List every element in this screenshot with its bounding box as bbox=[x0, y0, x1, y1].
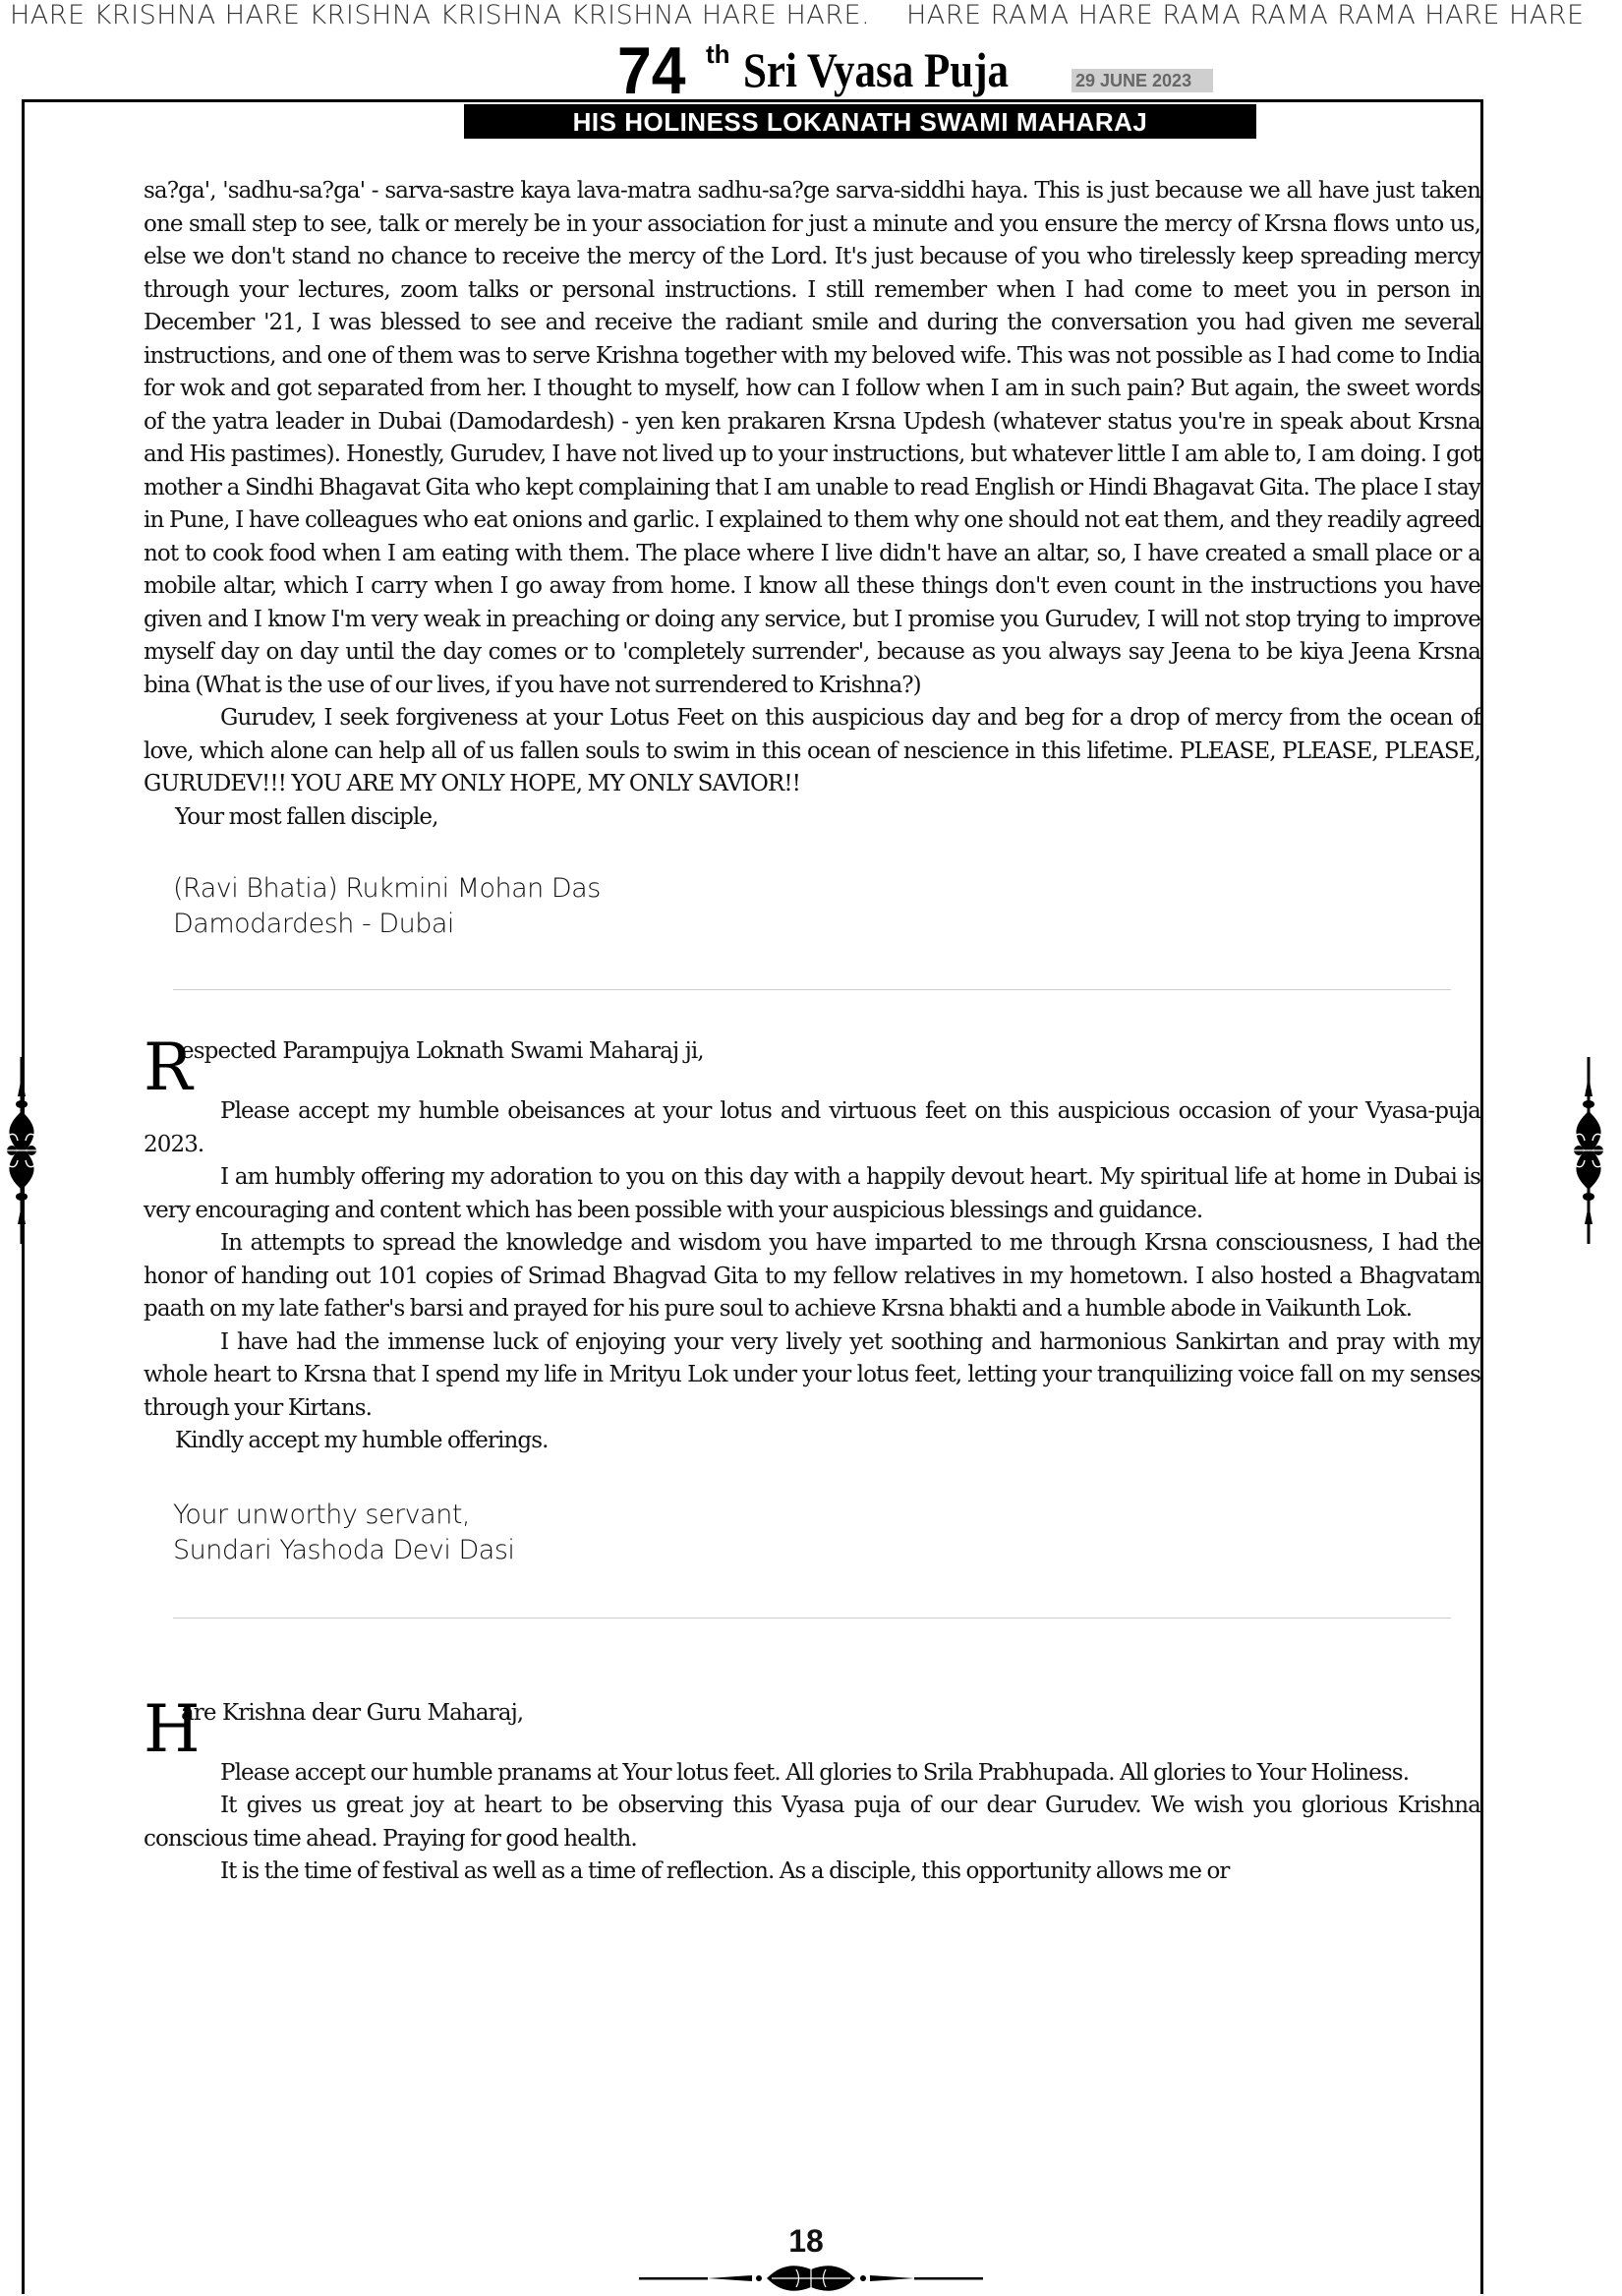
right-ornament-icon bbox=[1571, 1057, 1606, 1244]
letter3-greeting: H are Krishna dear Guru Maharaj, bbox=[144, 1697, 1480, 1730]
letter3-paragraph: It is the time of festival as well as a … bbox=[144, 1855, 1480, 1889]
mantra-right: HARE RAMA HARE RAMA RAMA RAMA HARE HARE bbox=[906, 0, 1585, 30]
letter-ravi-bhatia: sa?ga', 'sadhu-sa?ga' - sarva-sastre kay… bbox=[144, 175, 1480, 990]
left-ornament-icon bbox=[4, 1057, 39, 1244]
bottom-ornament-icon bbox=[639, 2262, 983, 2296]
letter2-greeting-text: espected Parampujya Loknath Swami Mahara… bbox=[181, 1038, 704, 1064]
letter3-paragraph: It gives us great joy at heart to be obs… bbox=[144, 1790, 1480, 1855]
letter2-signature-line1: Your unworthy servant, bbox=[173, 1498, 1480, 1533]
letter2-paragraph: Please accept my humble obeisances at yo… bbox=[144, 1095, 1480, 1161]
section-divider bbox=[173, 989, 1451, 990]
date-badge: 29 JUNE 2023 bbox=[1072, 69, 1213, 92]
letter2-closing: Kindly accept my humble offerings. bbox=[144, 1425, 1480, 1458]
letter3-dropcap: H bbox=[144, 1697, 200, 1762]
letter1-paragraph: sa?ga', 'sadhu-sa?ga' - sarva-sastre kay… bbox=[144, 175, 1480, 702]
letter2-dropcap: R bbox=[144, 1035, 192, 1100]
section-divider bbox=[173, 1618, 1451, 1619]
title-text: Sri Vyasa Puja bbox=[743, 41, 1009, 98]
page-content: sa?ga', 'sadhu-sa?ga' - sarva-sastre kay… bbox=[144, 175, 1480, 1889]
mantra-header: HARE KRISHNA HARE KRISHNA KRISHNA KRISHN… bbox=[0, 0, 1622, 33]
title-number: 74 bbox=[617, 41, 686, 100]
banner-text: HIS HOLINESS LOKANATH SWAMI MAHARAJ bbox=[464, 104, 1256, 140]
letter2-paragraph: I am humbly offering my adoration to you… bbox=[144, 1161, 1480, 1227]
letter1-signature-name: (Ravi Bhatia) Rukmini Mohan Das bbox=[173, 871, 1480, 907]
page-number: 18 bbox=[777, 2223, 836, 2259]
letter2-signature-line2: Sundari Yashoda Devi Dasi bbox=[173, 1533, 1480, 1568]
letter-sundari-yashoda: R espected Parampujya Loknath Swami Maha… bbox=[144, 1035, 1480, 1619]
publication-title: 74 th Sri Vyasa Puja 29 JUNE 2023 bbox=[0, 39, 1622, 98]
letter1-signature-place: Damodardesh - Dubai bbox=[173, 907, 1480, 942]
letter2-greeting: R espected Parampujya Loknath Swami Maha… bbox=[144, 1035, 1480, 1068]
letter3-paragraph: Please accept our humble pranams at Your… bbox=[144, 1757, 1480, 1791]
letter-hare-krishna: H are Krishna dear Guru Maharaj, Please … bbox=[144, 1697, 1480, 1889]
date-text: 29 JUNE 2023 bbox=[1072, 69, 1213, 92]
letter1-closing: Your most fallen disciple, bbox=[144, 801, 1480, 835]
letter2-paragraph: In attempts to spread the knowledge and … bbox=[144, 1227, 1480, 1326]
mantra-left: HARE KRISHNA HARE KRISHNA KRISHNA KRISHN… bbox=[10, 0, 870, 30]
letter1-paragraph: Gurudev, I seek forgiveness at your Lotu… bbox=[144, 702, 1480, 801]
letter2-paragraph: I have had the immense luck of enjoying … bbox=[144, 1326, 1480, 1426]
letter3-greeting-text: are Krishna dear Guru Maharaj, bbox=[181, 1700, 523, 1726]
title-banner: HIS HOLINESS LOKANATH SWAMI MAHARAJ bbox=[464, 104, 1256, 139]
title-suffix: th bbox=[706, 39, 730, 70]
